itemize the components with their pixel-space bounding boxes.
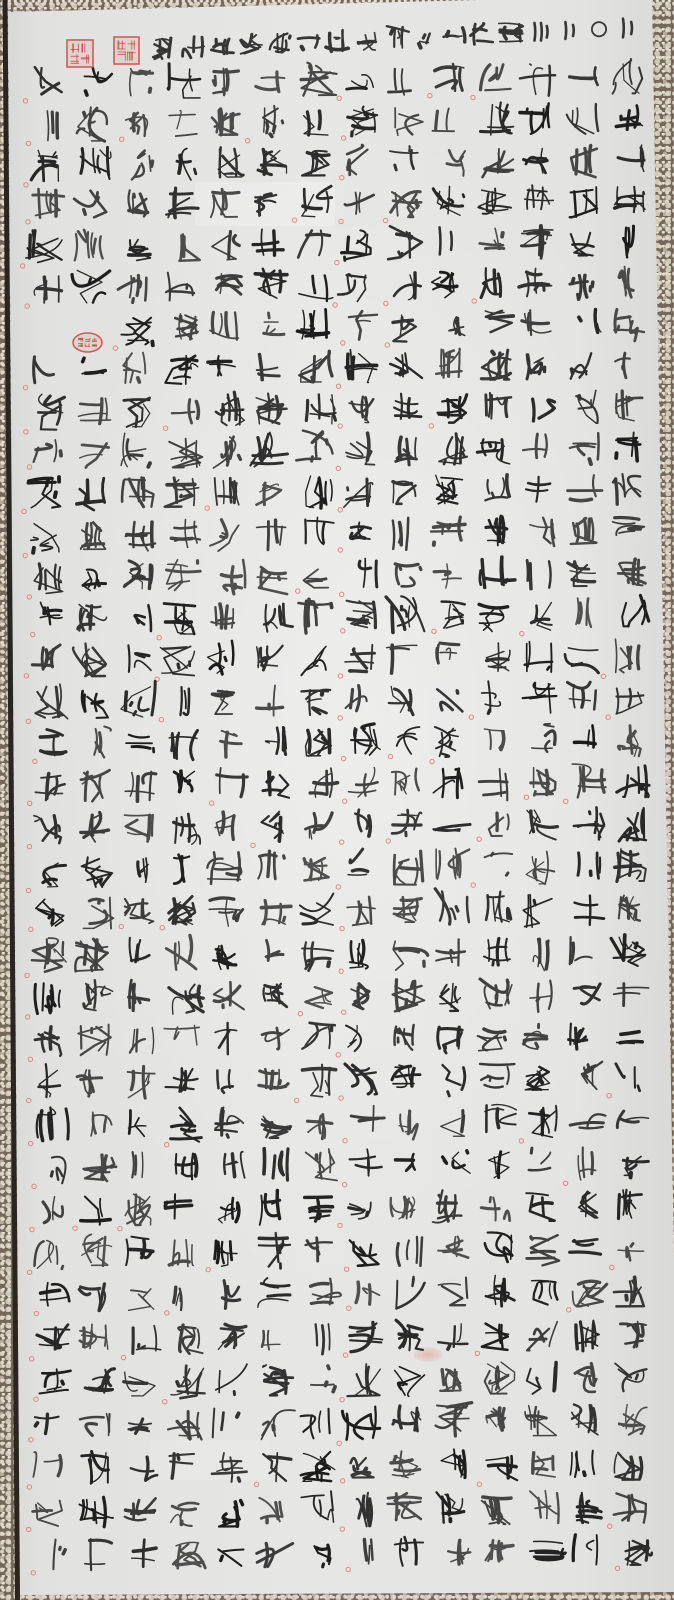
calligraphy-character xyxy=(574,896,603,926)
calligraphy-character xyxy=(393,518,409,550)
calligraphy-character xyxy=(33,188,64,217)
calligraphy-row: □□□□□□□□□□□□□□ xyxy=(0,631,674,679)
calligraphy-character xyxy=(125,522,155,551)
calligraphy-character xyxy=(264,313,284,335)
calligraphy-character xyxy=(437,689,462,711)
calligraphy-character xyxy=(572,1404,598,1435)
calligraphy-character xyxy=(623,1157,648,1178)
calligraphy-character xyxy=(571,232,594,255)
calligraphy-character xyxy=(256,393,286,423)
calligraphy-character xyxy=(171,1366,205,1399)
calligraphy-character xyxy=(212,1408,238,1437)
calligraphy-character xyxy=(573,1535,597,1565)
calligraphy-character xyxy=(81,1196,111,1224)
calligraphy-character xyxy=(574,725,595,747)
calligraphy-character xyxy=(302,1022,335,1048)
calligraphy-character xyxy=(169,1454,194,1478)
calligraphy-character xyxy=(33,440,61,462)
row-brushwork xyxy=(0,631,674,679)
calligraphy-character xyxy=(434,824,471,831)
calligraphy-character xyxy=(530,518,555,546)
calligraphy-character xyxy=(387,26,409,48)
calligraphy-character xyxy=(485,311,513,332)
calligraphy-character xyxy=(298,35,319,49)
calligraphy-character xyxy=(526,477,550,502)
calligraphy-character xyxy=(435,727,458,757)
calligraphy-character xyxy=(38,1064,59,1097)
calligraphy-character xyxy=(297,309,328,339)
calligraphy-character xyxy=(138,858,149,882)
calligraphy-character xyxy=(395,563,421,586)
calligraphy-character xyxy=(126,113,148,136)
calligraphy-character xyxy=(128,645,151,672)
calligraphy-character xyxy=(217,768,248,797)
calligraphy-character xyxy=(172,399,199,423)
calligraphy-character xyxy=(347,601,376,628)
calligraphy-character xyxy=(486,1456,517,1480)
calligraphy-character xyxy=(264,604,293,632)
calligraphy-character xyxy=(85,1539,112,1570)
calligraphy-row: □□□□□□□□□□□□□□ xyxy=(0,926,674,974)
calligraphy-character xyxy=(396,1277,425,1309)
calligraphy-character xyxy=(527,1235,559,1265)
calligraphy-character xyxy=(394,851,423,885)
calligraphy-character xyxy=(35,684,67,719)
calligraphy-character xyxy=(386,596,424,632)
calligraphy-character xyxy=(35,773,65,800)
calligraphy-character xyxy=(571,518,597,544)
calligraphy-character xyxy=(614,309,644,341)
calligraphy-character xyxy=(570,937,592,964)
calligraphy-character xyxy=(33,1500,62,1526)
calligraphy-character xyxy=(529,1106,557,1138)
calligraphy-character xyxy=(436,939,465,965)
calligraphy-character xyxy=(306,394,336,424)
calligraphy-character xyxy=(212,231,240,259)
calligraphy-character xyxy=(443,1065,465,1096)
calligraphy-character xyxy=(525,1067,550,1090)
calligraphy-character xyxy=(257,1543,293,1566)
calligraphy-character xyxy=(570,1114,605,1128)
calligraphy-character xyxy=(477,439,509,464)
calligraphy-character xyxy=(132,1152,143,1177)
calligraphy-character xyxy=(359,558,377,587)
calligraphy-character xyxy=(218,1324,246,1349)
calligraphy-character xyxy=(477,1028,505,1050)
calligraphy-character xyxy=(393,980,425,1012)
calligraphy-character xyxy=(81,147,112,179)
calligraphy-character xyxy=(215,1022,237,1053)
calligraphy-character xyxy=(215,478,239,505)
calligraphy-character xyxy=(169,897,195,925)
calligraphy-character xyxy=(173,1542,205,1568)
calligraphy-character xyxy=(397,1237,422,1266)
calligraphy-character xyxy=(441,1110,465,1136)
calligraphy-character xyxy=(396,437,417,465)
calligraphy-character xyxy=(256,685,282,716)
calligraphy-character xyxy=(306,476,333,508)
calligraphy-character xyxy=(305,730,331,756)
calligraphy-character xyxy=(350,522,370,539)
calligraphy-character xyxy=(212,690,234,714)
calligraphy-character xyxy=(570,67,598,85)
calligraphy-character xyxy=(174,771,194,792)
calligraphy-character xyxy=(526,852,554,885)
calligraphy-character xyxy=(394,393,421,418)
calligraphy-character xyxy=(531,767,556,795)
calligraphy-character xyxy=(301,690,330,715)
row-brushwork xyxy=(0,673,674,721)
calligraphy-character xyxy=(82,358,105,374)
calligraphy-character xyxy=(357,1492,372,1526)
calligraphy-character xyxy=(526,1193,554,1221)
calligraphy-character xyxy=(326,30,348,51)
calligraphy-character xyxy=(387,1493,420,1520)
calligraphy-character xyxy=(615,849,646,882)
calligraphy-character xyxy=(438,1236,468,1257)
calligraphy-character xyxy=(175,314,198,340)
calligraphy-character xyxy=(481,1197,509,1221)
calligraphy-character xyxy=(579,1192,598,1218)
calligraphy-character xyxy=(533,938,549,970)
calligraphy-character xyxy=(392,1065,420,1087)
calligraphy-character xyxy=(125,772,156,802)
calligraphy-character xyxy=(77,1070,102,1097)
calligraphy-character xyxy=(571,145,597,177)
calligraphy-character xyxy=(527,355,545,380)
calligraphy-character xyxy=(485,1540,513,1561)
calligraphy-character xyxy=(619,1404,647,1434)
calligraphy-character xyxy=(311,1366,335,1392)
calligraphy-character xyxy=(219,1500,243,1526)
calligraphy-character xyxy=(348,767,377,797)
calligraphy-character xyxy=(565,648,598,673)
calligraphy-character xyxy=(94,726,111,757)
calligraphy-row: □□□□□□□□□□□□□□ xyxy=(0,1439,674,1487)
calligraphy-character xyxy=(262,1116,291,1138)
calligraphy-character xyxy=(298,599,331,633)
calligraphy-character xyxy=(220,731,241,757)
calligraphy-character xyxy=(392,810,422,836)
calligraphy-character xyxy=(217,1070,232,1093)
calligraphy-row: □□□□□□□□□□□□□□ xyxy=(0,757,674,805)
calligraphy-character xyxy=(578,1148,596,1181)
calligraphy-character xyxy=(301,1409,330,1439)
calligraphy-row: □□□□□□□□□□□□□□ xyxy=(0,1224,674,1272)
calligraphy-character xyxy=(43,1197,63,1223)
calligraphy-character xyxy=(258,851,284,879)
calligraphy-character xyxy=(348,849,368,875)
row-brushwork xyxy=(0,799,674,847)
calligraphy-character xyxy=(617,1111,648,1128)
calligraphy-character xyxy=(166,272,194,300)
calligraphy-character xyxy=(443,28,464,42)
calligraphy-character xyxy=(486,392,511,418)
calligraphy-character xyxy=(305,517,334,544)
calligraphy-character xyxy=(523,895,552,928)
calligraphy-character xyxy=(263,772,289,798)
row-brushwork xyxy=(0,1526,674,1574)
calligraphy-character xyxy=(351,724,380,756)
calligraphy-character xyxy=(523,683,557,714)
calligraphy-character xyxy=(78,1024,111,1055)
calligraphy-character xyxy=(480,102,513,135)
calligraphy-row: □□□□□□□□□□□□□□ xyxy=(0,673,674,721)
calligraphy-character xyxy=(211,604,234,628)
calligraphy-character xyxy=(615,639,639,673)
calligraphy-character xyxy=(568,561,596,586)
calligraphy-character xyxy=(91,1112,112,1136)
calligraphy-character xyxy=(180,687,189,715)
calligraphy-character xyxy=(484,938,510,965)
calligraphy-character xyxy=(301,646,326,675)
calligraphy-character xyxy=(533,398,555,420)
calligraphy-character xyxy=(396,1320,423,1350)
calligraphy-character xyxy=(84,68,112,95)
calligraphy-character xyxy=(576,390,598,423)
calligraphy-character xyxy=(484,729,504,750)
calligraphy-character xyxy=(347,897,375,925)
calligraphy-character xyxy=(168,1411,202,1439)
calligraphy-character xyxy=(347,75,374,89)
calligraphy-character xyxy=(165,1194,192,1219)
calligraphy-character xyxy=(210,312,239,340)
calligraphy-character xyxy=(443,1151,471,1174)
calligraphy-character xyxy=(570,1451,594,1477)
punctuation-mark xyxy=(615,1566,619,1570)
calligraphy-character xyxy=(619,808,646,841)
calligraphy-character xyxy=(35,1026,61,1055)
calligraphy-character xyxy=(351,1105,384,1131)
calligraphy-character xyxy=(592,22,606,36)
calligraphy-character xyxy=(345,645,375,672)
calligraphy-character xyxy=(394,1025,413,1050)
calligraphy-character xyxy=(75,939,108,971)
calligraphy-character xyxy=(125,899,154,924)
calligraphy-character xyxy=(520,103,549,134)
calligraphy-character xyxy=(471,24,493,45)
calligraphy-character xyxy=(263,984,286,1007)
calligraphy-character xyxy=(440,983,461,1011)
calligraphy-character xyxy=(37,1107,69,1140)
calligraphy-character xyxy=(617,1031,643,1043)
calligraphy-character xyxy=(74,229,102,260)
calligraphy-character xyxy=(304,858,328,880)
calligraphy-character xyxy=(349,1149,381,1176)
calligraphy-character xyxy=(81,770,110,801)
calligraphy-character xyxy=(436,849,470,879)
calligraphy-character xyxy=(257,520,286,550)
calligraphy-character xyxy=(266,940,283,960)
calligraphy-character xyxy=(482,1323,509,1350)
calligraphy-character xyxy=(622,596,649,627)
row-brushwork xyxy=(0,841,674,889)
calligraphy-character xyxy=(37,1325,70,1350)
calligraphy-character xyxy=(261,901,291,925)
calligraphy-row: □□□□□□□□□□□□□□ xyxy=(0,1267,674,1315)
calligraphy-character xyxy=(81,812,109,842)
calligraphy-character xyxy=(307,1114,332,1138)
calligraphy-character xyxy=(213,437,240,468)
calligraphy-character xyxy=(165,478,199,507)
calligraphy-character xyxy=(442,602,465,629)
row-brushwork xyxy=(0,757,674,805)
calligraphy-character xyxy=(78,605,107,631)
calligraphy-character xyxy=(128,1289,153,1310)
calligraphy-character xyxy=(529,1148,551,1170)
calligraphy-character xyxy=(222,1280,239,1308)
calligraphy-character xyxy=(619,896,640,922)
calligraphy-character xyxy=(257,646,283,670)
calligraphy-character xyxy=(432,108,454,131)
calligraphy-character xyxy=(484,1362,514,1394)
calligraphy-character xyxy=(438,1324,467,1349)
row-brushwork xyxy=(0,715,674,763)
calligraphy-character xyxy=(178,1325,202,1354)
calligraphy-character xyxy=(212,1453,247,1482)
calligraphy-character xyxy=(131,1457,158,1481)
calligraphy-character xyxy=(525,1405,556,1435)
calligraphy-character xyxy=(314,1545,330,1567)
calligraphy-character xyxy=(211,189,240,217)
calligraphy-character xyxy=(527,1362,557,1393)
calligraphy-character xyxy=(310,768,338,797)
calligraphy-character xyxy=(615,390,642,420)
calligraphy-character xyxy=(73,644,106,677)
calligraphy-character xyxy=(395,1537,424,1566)
calligraphy-character xyxy=(485,475,509,500)
calligraphy-character xyxy=(35,983,60,1013)
calligraphy-character xyxy=(345,1064,377,1095)
calligraphy-character xyxy=(616,1064,640,1091)
calligraphy-character xyxy=(80,1414,110,1436)
calligraphy-character xyxy=(616,105,642,129)
calligraphy-character xyxy=(390,353,422,378)
calligraphy-character xyxy=(258,1278,290,1307)
calligraphy-character xyxy=(433,769,462,798)
calligraphy-character xyxy=(33,1452,61,1477)
row-brushwork xyxy=(0,1096,674,1144)
calligraphy-character xyxy=(570,433,599,464)
calligraphy-character xyxy=(523,434,547,458)
calligraphy-character xyxy=(165,356,198,385)
calligraphy-character xyxy=(439,434,467,465)
calligraphy-character xyxy=(125,815,153,842)
calligraphy-character xyxy=(36,899,64,926)
calligraphy-character xyxy=(299,351,332,382)
calligraphy-character xyxy=(338,274,366,302)
calligraphy-character xyxy=(305,1238,332,1261)
calligraphy-character xyxy=(433,186,464,215)
calligraphy-character xyxy=(85,1369,114,1393)
calligraphy-character xyxy=(618,145,644,172)
calligraphy-character xyxy=(533,1453,555,1478)
calligraphy-character xyxy=(211,39,233,54)
calligraphy-character xyxy=(170,1502,198,1525)
calligraphy-character xyxy=(481,350,510,380)
calligraphy-character xyxy=(208,356,235,376)
calligraphy-character xyxy=(574,984,600,1004)
calligraphy-character xyxy=(351,1458,374,1478)
calligraphy-character xyxy=(347,145,368,175)
calligraphy-character xyxy=(35,67,62,94)
calligraphy-character xyxy=(397,727,420,754)
calligraphy-character xyxy=(393,1406,421,1431)
calligraphy-character xyxy=(393,315,416,342)
calligraphy-character xyxy=(256,72,285,92)
calligraphy-character xyxy=(305,813,332,839)
calligraphy-character xyxy=(170,1107,201,1141)
calligraphy-character xyxy=(346,350,377,383)
calligraphy-character xyxy=(207,641,233,674)
calligraphy-character xyxy=(520,64,556,96)
calligraphy-character xyxy=(364,1539,372,1563)
calligraphy-character xyxy=(346,1025,361,1051)
calligraphy-character xyxy=(618,1190,641,1219)
calligraphy-character xyxy=(165,1068,197,1091)
calligraphy-character xyxy=(84,980,113,1010)
calligraphy-character xyxy=(391,1197,415,1219)
calligraphy-character xyxy=(262,1027,289,1048)
calligraphy-character xyxy=(259,1497,282,1522)
calligraphy-character xyxy=(255,268,287,298)
calligraphy-character xyxy=(614,1277,644,1306)
calligraphy-character xyxy=(263,1453,291,1482)
calligraphy-character xyxy=(83,898,114,929)
calligraphy-character xyxy=(213,945,236,969)
calligraphy-row: □□□□□□□□□□□□□□ xyxy=(0,715,674,763)
calligraphy-character xyxy=(40,1282,69,1305)
calligraphy-character xyxy=(623,19,632,38)
calligraphy-character xyxy=(210,520,239,552)
calligraphy-character xyxy=(128,980,148,1010)
row-brushwork xyxy=(0,1138,674,1186)
calligraphy-row: □□□□□□□□□□□□□□ xyxy=(0,1353,674,1401)
calligraphy-character xyxy=(82,1234,112,1266)
calligraphy-character xyxy=(479,604,508,631)
calligraphy-character xyxy=(436,349,462,378)
calligraphy-character xyxy=(346,433,375,465)
calligraphy-character xyxy=(393,941,428,970)
calligraphy-character xyxy=(262,1330,280,1349)
calligraphy-character xyxy=(577,1492,602,1522)
calligraphy-character xyxy=(618,726,641,757)
calligraphy-character xyxy=(160,647,194,676)
calligraphy-character xyxy=(579,309,601,332)
calligraphy-character xyxy=(570,1239,601,1254)
calligraphy-character xyxy=(166,188,198,218)
calligraphy-character xyxy=(395,1154,414,1171)
calligraphy-character xyxy=(169,110,197,136)
calligraphy-character xyxy=(523,1024,546,1049)
calligraphy-character xyxy=(530,981,552,1012)
calligraphy-character xyxy=(432,1190,461,1223)
calligraphy-character xyxy=(356,1282,380,1304)
calligraphy-character xyxy=(263,1365,293,1396)
calligraphy-character xyxy=(350,940,368,968)
row-brushwork xyxy=(0,1011,674,1059)
calligraphy-character xyxy=(174,855,189,884)
calligraphy-character xyxy=(394,273,421,300)
calligraphy-character xyxy=(345,192,374,214)
calligraphy-character xyxy=(256,483,281,505)
calligraphy-character xyxy=(169,1240,193,1267)
calligraphy-character xyxy=(576,598,591,627)
calligraphy-character xyxy=(567,476,602,502)
calligraphy-character xyxy=(573,1281,607,1306)
calligraphy-character xyxy=(296,430,332,461)
row-brushwork xyxy=(0,1267,674,1315)
